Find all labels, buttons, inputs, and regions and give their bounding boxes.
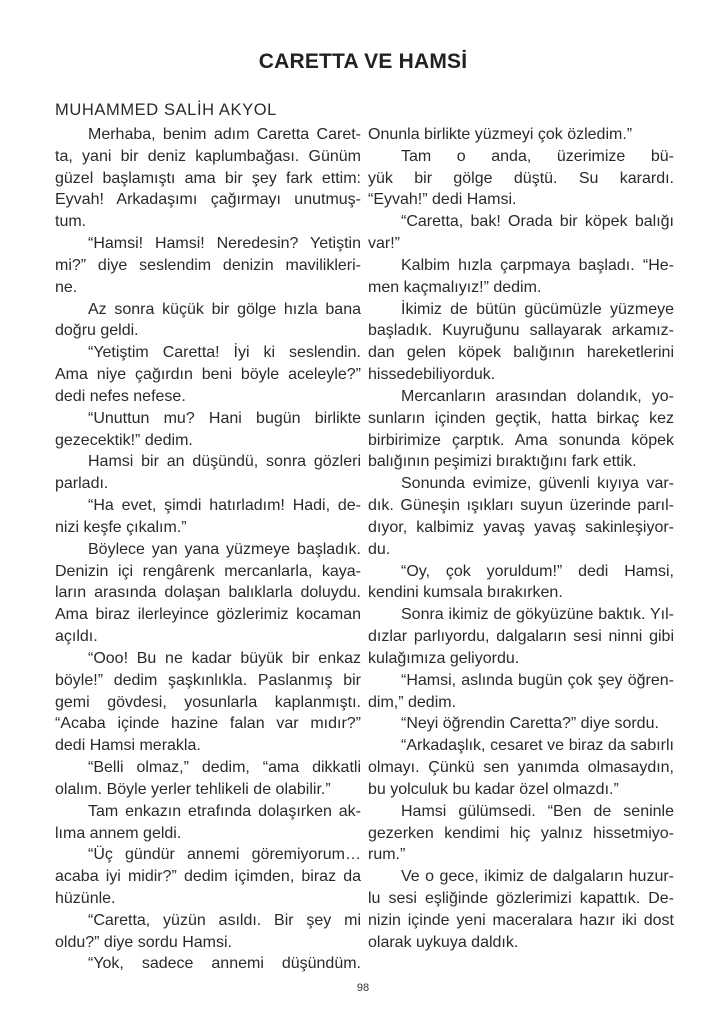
text-line: dan gelen köpek balığının hareketlerini [368, 342, 674, 364]
text-line: du. [368, 539, 674, 561]
text-line: Ama niye çağırdın beni böyle aceleyle?” [55, 364, 361, 386]
text-line: sunların içinden geçtik, hatta birkaç ke… [368, 408, 674, 430]
text-line: parladı. [55, 473, 361, 495]
author-name: MUHAMMED SALİH AKYOL [55, 101, 277, 120]
text-line: Kalbim hızla çarpmaya başladı. “He- [368, 255, 674, 277]
text-line: böyle!” dedim şaşkınlıkla. Paslanmış bir [55, 670, 361, 692]
text-line: “Eyvah!” dedi Hamsi. [368, 189, 674, 211]
text-line: “Caretta, bak! Orada bir köpek balığı [368, 211, 674, 233]
text-line: dızlar parlıyordu, dalgaların sesi ninni… [368, 626, 674, 648]
page-number: 98 [0, 982, 726, 994]
text-line: olarak uykuya daldık. [368, 932, 674, 954]
text-line: “Hamsi! Hamsi! Neredesin? Yetiştin [55, 233, 361, 255]
text-line: “Üç gündür annemi göremiyorum… [55, 844, 361, 866]
text-line: mi?” diye seslendim denizin mavilikleri- [55, 255, 361, 277]
text-line: “Yok, sadece annemi düşündüm. [55, 953, 361, 975]
text-line: ne. [55, 277, 361, 299]
text-line: “Unuttun mu? Hani bugün birlikte [55, 408, 361, 430]
text-line: tum. [55, 211, 361, 233]
text-line: açıldı. [55, 626, 361, 648]
text-line: balığının peşimizi bıraktığını fark etti… [368, 451, 674, 473]
text-line: “Hamsi, aslında bugün çok şey öğren- [368, 670, 674, 692]
text-line: Mercanların arasından dolandık, yo- [368, 386, 674, 408]
text-line: “Yetiştim Caretta! İyi ki seslendin. [55, 342, 361, 364]
text-line: “Neyi öğrendin Caretta?” diye sordu. [368, 713, 674, 735]
text-line: var!” [368, 233, 674, 255]
text-line: Tam o anda, üzerimize bü- [368, 146, 674, 168]
text-line: oldu?” diye sordu Hamsi. [55, 932, 361, 954]
text-line: rum.” [368, 844, 674, 866]
text-line: kendini kumsala bırakırken. [368, 582, 674, 604]
text-line: “Acaba içinde hazine falan var mıdır?” [55, 713, 361, 735]
text-line: olmayı. Çünkü sen yanımda olmasaydın, [368, 757, 674, 779]
text-line: dim,” dedim. [368, 692, 674, 714]
text-line: ların arasında dolaşan balıklarla doluyd… [55, 582, 361, 604]
text-line: dedi Hamsi merakla. [55, 735, 361, 757]
text-line: birbirimize çarptık. Ama sonunda köpek [368, 430, 674, 452]
text-line: Sonra ikimiz de gökyüzüne baktık. Yıl- [368, 604, 674, 626]
text-line: “Ooo! Bu ne kadar büyük bir enkaz [55, 648, 361, 670]
text-line: hüzünle. [55, 888, 361, 910]
text-line: nizin içinde yeni maceralara hazır iki d… [368, 910, 674, 932]
text-line: lıma annem geldi. [55, 823, 361, 845]
text-line: gemi gövdesi, yosunlarla kaplanmıştı. [55, 692, 361, 714]
text-line: İkimiz de bütün gücümüzle yüzmeye [368, 299, 674, 321]
text-line: men kaçmalıyız!” dedim. [368, 277, 674, 299]
text-line: lu sesi eşliğinde gözlerimizi kapattık. … [368, 888, 674, 910]
text-line: acaba iyi midir?” dedim içimden, biraz d… [55, 866, 361, 888]
text-line: Eyvah! Arkadaşımı çağırmayı unutmuş- [55, 189, 361, 211]
text-line: Az sonra küçük bir gölge hızla bana [55, 299, 361, 321]
text-line: “Oy, çok yoruldum!” dedi Hamsi, [368, 561, 674, 583]
text-line: Denizin içi rengârenk mercanlarla, kaya- [55, 561, 361, 583]
text-line: Ve o gece, ikimiz de dalgaların huzur- [368, 866, 674, 888]
text-line: dık. Güneşin ışıkları suyun üzerinde par… [368, 495, 674, 517]
text-line: doğru geldi. [55, 320, 361, 342]
text-line: gezecektik!” dedim. [55, 430, 361, 452]
left-column: Merhaba, benim adım Caretta Caret-ta, ya… [55, 124, 361, 975]
text-line: bu yolculuk bu kadar özel olmazdı.” [368, 779, 674, 801]
text-line: kulağımıza geliyordu. [368, 648, 674, 670]
text-line: dıyor, kalbimiz yavaş yavaş sakinleşiyor… [368, 517, 674, 539]
text-line: ta, yani bir deniz kaplumbağası. Günüm [55, 146, 361, 168]
text-line: Onunla birlikte yüzmeyi çok özledim.” [368, 124, 674, 146]
text-line: nizi keşfe çıkalım.” [55, 517, 361, 539]
text-line: Ama biraz ilerleyince gözlerimiz kocaman [55, 604, 361, 626]
text-line: “Arkadaşlık, cesaret ve biraz da sabırlı [368, 735, 674, 757]
text-line: Tam enkazın etrafında dolaşırken ak- [55, 801, 361, 823]
text-line: Sonunda evimize, güvenli kıyıya var- [368, 473, 674, 495]
text-line: hissedebiliyorduk. [368, 364, 674, 386]
text-line: “Belli olmaz,” dedim, “ama dikkatli [55, 757, 361, 779]
text-line: başladık. Kuyruğunu sallayarak arkamız- [368, 320, 674, 342]
text-line: güzel başlamıştı ama bir şey fark ettim: [55, 168, 361, 190]
right-column: Onunla birlikte yüzmeyi çok özledim.”Tam… [368, 124, 674, 953]
text-line: Merhaba, benim adım Caretta Caret- [55, 124, 361, 146]
text-line: yük bir gölge düştü. Su karardı. [368, 168, 674, 190]
text-line: dedi nefes nefese. [55, 386, 361, 408]
text-line: Hamsi bir an düşündü, sonra gözleri [55, 451, 361, 473]
text-line: “Caretta, yüzün asıldı. Bir şey mi [55, 910, 361, 932]
text-line: Hamsi gülümsedi. “Ben de seninle [368, 801, 674, 823]
story-title: CARETTA VE HAMSİ [0, 50, 726, 74]
text-line: gezerken kendimi hiç yalnız hissetmiyo- [368, 823, 674, 845]
text-line: olalım. Böyle yerler tehlikeli de olabil… [55, 779, 361, 801]
text-line: Böylece yan yana yüzmeye başladık. [55, 539, 361, 561]
text-line: “Ha evet, şimdi hatırladım! Hadi, de- [55, 495, 361, 517]
